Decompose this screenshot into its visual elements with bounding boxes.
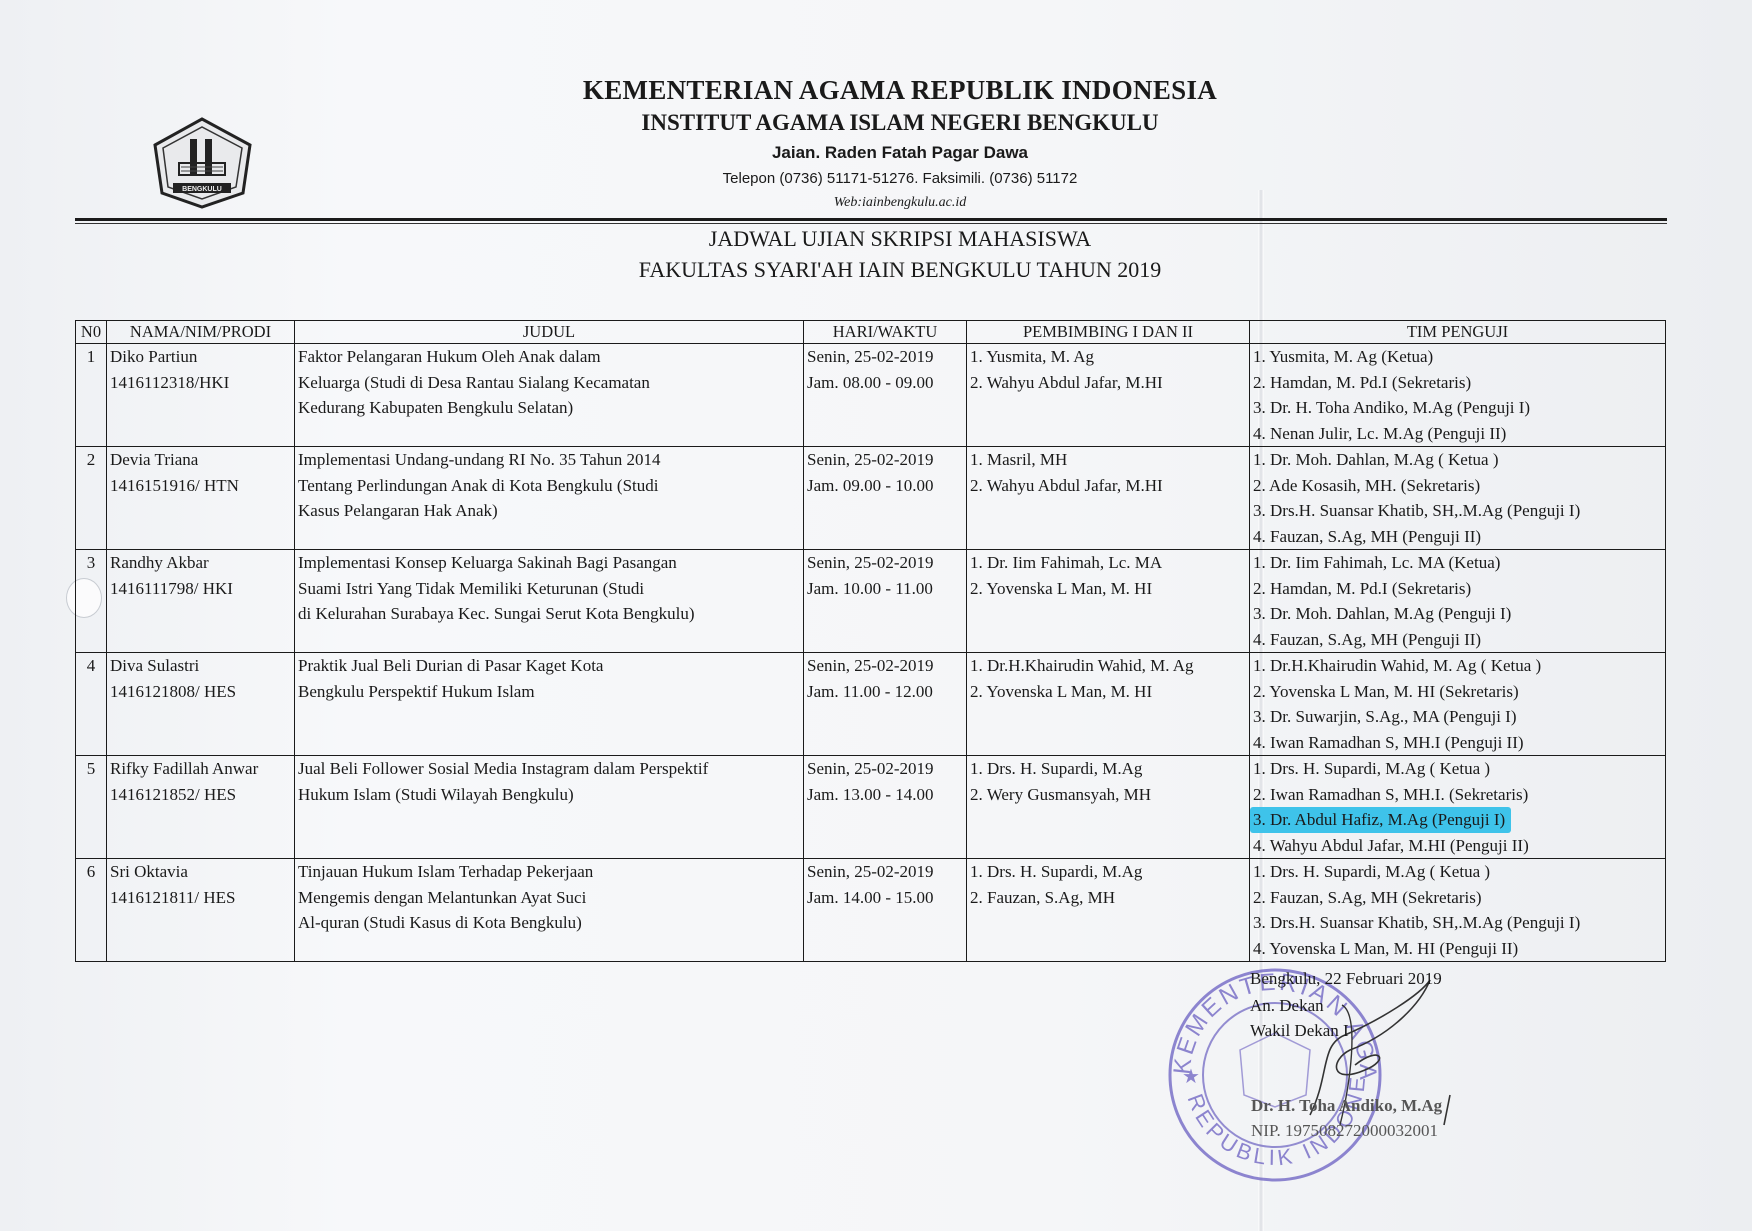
cell-pembimbing: 1. Yusmita, M. Ag2. Wahyu Abdul Jafar, M… xyxy=(967,344,1250,447)
cell-no: 4 xyxy=(76,653,107,756)
cell-penguji: 1. Yusmita, M. Ag (Ketua)2. Hamdan, M. P… xyxy=(1250,344,1666,447)
student-name: Diko Partiun xyxy=(110,344,291,370)
supervisor: 1. Yusmita, M. Ag xyxy=(970,344,1246,370)
header-judul: JUDUL xyxy=(295,321,804,344)
signatory-nip: NIP. 197508272000032001 xyxy=(1251,1118,1438,1143)
signature-on-behalf: An. Dekan xyxy=(1250,993,1324,1018)
examiner: 4. Yovenska L Man, M. HI (Penguji II) xyxy=(1253,936,1662,962)
header-pembimbing: PEMBIMBING I DAN II xyxy=(967,321,1250,344)
examiner: 1. Yusmita, M. Ag (Ketua) xyxy=(1253,344,1662,370)
student-name: Diva Sulastri xyxy=(110,653,291,679)
table-row: 5Rifky Fadillah Anwar1416121852/ HESJual… xyxy=(76,756,1666,859)
examiner: 4. Iwan Ramadhan S, MH.I (Penguji II) xyxy=(1253,730,1662,756)
examiner: 3. Dr. Moh. Dahlan, M.Ag (Penguji I) xyxy=(1253,601,1662,627)
seal-caption: BENGKULU xyxy=(182,186,222,193)
cell-nama: Diva Sulastri1416121808/ HES xyxy=(107,653,295,756)
student-name: Sri Oktavia xyxy=(110,859,291,885)
examiner: 1. Dr.H.Khairudin Wahid, M. Ag ( Ketua ) xyxy=(1253,653,1662,679)
row-number: 2 xyxy=(79,447,103,473)
supervisor: 1. Dr. Iim Fahimah, Lc. MA xyxy=(970,550,1246,576)
institute-name: INSTITUT AGAMA ISLAM NEGERI BENGKULU xyxy=(400,110,1400,136)
cell-penguji: 1. Dr. Moh. Dahlan, M.Ag ( Ketua )2. Ade… xyxy=(1250,447,1666,550)
cell-no: 6 xyxy=(76,859,107,962)
cell-pembimbing: 1. Drs. H. Supardi, M.Ag2. Wery Gusmansy… xyxy=(967,756,1250,859)
exam-date: Senin, 25-02-2019 xyxy=(807,756,963,782)
table-row: 2Devia Triana1416151916/ HTNImplementasi… xyxy=(76,447,1666,550)
thesis-title-line: Faktor Pelangaran Hukum Oleh Anak dalam xyxy=(298,344,800,370)
cell-judul: Faktor Pelangaran Hukum Oleh Anak dalamK… xyxy=(295,344,804,447)
row-number: 4 xyxy=(79,653,103,679)
thesis-title-line: Jual Beli Follower Sosial Media Instagra… xyxy=(298,756,800,782)
cell-waktu: Senin, 25-02-2019Jam. 13.00 - 14.00 xyxy=(804,756,967,859)
letterhead-rule-thick xyxy=(75,218,1667,221)
cell-nama: Devia Triana1416151916/ HTN xyxy=(107,447,295,550)
cell-waktu: Senin, 25-02-2019Jam. 14.00 - 15.00 xyxy=(804,859,967,962)
letterhead-rule-thin xyxy=(75,223,1667,224)
supervisor: 2. Yovenska L Man, M. HI xyxy=(970,679,1246,705)
supervisor: 1. Drs. H. Supardi, M.Ag xyxy=(970,859,1246,885)
examiner: 3. Drs.H. Suansar Khatib, SH,.M.Ag (Peng… xyxy=(1253,910,1662,936)
ministry-name: KEMENTERIAN AGAMA REPUBLIK INDONESIA xyxy=(400,75,1400,106)
examiner: 2. Iwan Ramadhan S, MH.I. (Sekretaris) xyxy=(1253,782,1662,808)
table-row: 3Randhy Akbar1416111798/ HKIImplementasi… xyxy=(76,550,1666,653)
student-name: Devia Triana xyxy=(110,447,291,473)
document-title: JADWAL UJIAN SKRIPSI MAHASISWA xyxy=(400,226,1400,252)
table-row: 6Sri Oktavia1416121811/ HESTinjauan Huku… xyxy=(76,859,1666,962)
supervisor: 2. Fauzan, S.Ag, MH xyxy=(970,885,1246,911)
table-header-row: N0 NAMA/NIM/PRODI JUDUL HARI/WAKTU PEMBI… xyxy=(76,321,1666,344)
thesis-title-line: Implementasi Konsep Keluarga Sakinah Bag… xyxy=(298,550,800,576)
cell-nama: Randhy Akbar1416111798/ HKI xyxy=(107,550,295,653)
document-page: BENGKULU KEMENTERIAN AGAMA REPUBLIK INDO… xyxy=(0,0,1752,1231)
examiner: 4. Fauzan, S.Ag, MH (Penguji II) xyxy=(1253,627,1662,653)
cell-pembimbing: 1. Dr.H.Khairudin Wahid, M. Ag2. Yovensk… xyxy=(967,653,1250,756)
supervisor: 2. Wahyu Abdul Jafar, M.HI xyxy=(970,473,1246,499)
signature-position: Wakil Dekan I xyxy=(1250,1018,1349,1043)
cell-no: 2 xyxy=(76,447,107,550)
exam-schedule-table: N0 NAMA/NIM/PRODI JUDUL HARI/WAKTU PEMBI… xyxy=(75,320,1666,962)
thesis-title-line: Kasus Pelangaran Hak Anak) xyxy=(298,498,800,524)
cell-waktu: Senin, 25-02-2019Jam. 08.00 - 09.00 xyxy=(804,344,967,447)
examiner: 2. Hamdan, M. Pd.I (Sekretaris) xyxy=(1253,576,1662,602)
exam-time: Jam. 10.00 - 11.00 xyxy=(807,576,963,602)
thesis-title-line: Bengkulu Perspektif Hukum Islam xyxy=(298,679,800,705)
exam-time: Jam. 14.00 - 15.00 xyxy=(807,885,963,911)
examiner: 3. Drs.H. Suansar Khatib, SH,.M.Ag (Peng… xyxy=(1253,498,1662,524)
institute-web: Web:iainbengkulu.ac.id xyxy=(400,195,1400,211)
examiner: 1. Dr. Moh. Dahlan, M.Ag ( Ketua ) xyxy=(1253,447,1662,473)
exam-date: Senin, 25-02-2019 xyxy=(807,344,963,370)
exam-time: Jam. 08.00 - 09.00 xyxy=(807,370,963,396)
thesis-title-line: Kedurang Kabupaten Bengkulu Selatan) xyxy=(298,395,800,421)
examiner: 1. Drs. H. Supardi, M.Ag ( Ketua ) xyxy=(1253,756,1662,782)
cell-waktu: Senin, 25-02-2019Jam. 09.00 - 10.00 xyxy=(804,447,967,550)
cell-pembimbing: 1. Dr. Iim Fahimah, Lc. MA2. Yovenska L … xyxy=(967,550,1250,653)
cell-nama: Rifky Fadillah Anwar1416121852/ HES xyxy=(107,756,295,859)
cell-nama: Diko Partiun1416112318/HKI xyxy=(107,344,295,447)
thesis-title-line: Suami Istri Yang Tidak Memiliki Keturuna… xyxy=(298,576,800,602)
thesis-title-line: Praktik Jual Beli Durian di Pasar Kaget … xyxy=(298,653,800,679)
student-nim-prodi: 1416121811/ HES xyxy=(110,885,291,911)
examiner: 2. Yovenska L Man, M. HI (Sekretaris) xyxy=(1253,679,1662,705)
student-nim-prodi: 1416121808/ HES xyxy=(110,679,291,705)
examiner: 4. Nenan Julir, Lc. M.Ag (Penguji II) xyxy=(1253,421,1662,447)
student-name: Rifky Fadillah Anwar xyxy=(110,756,291,782)
table-row: 1Diko Partiun1416112318/HKIFaktor Pelang… xyxy=(76,344,1666,447)
thesis-title-line: Mengemis dengan Melantunkan Ayat Suci xyxy=(298,885,800,911)
thesis-title-line: Al-quran (Studi Kasus di Kota Bengkulu) xyxy=(298,910,800,936)
header-penguji: TIM PENGUJI xyxy=(1250,321,1666,344)
thesis-title-line: Keluarga (Studi di Desa Rantau Sialang K… xyxy=(298,370,800,396)
supervisor: 2. Wahyu Abdul Jafar, M.HI xyxy=(970,370,1246,396)
examiner-highlighted: 3. Dr. Abdul Hafiz, M.Ag (Penguji I) xyxy=(1250,807,1511,833)
cell-judul: Praktik Jual Beli Durian di Pasar Kaget … xyxy=(295,653,804,756)
cell-judul: Implementasi Konsep Keluarga Sakinah Bag… xyxy=(295,550,804,653)
row-number: 6 xyxy=(79,859,103,885)
exam-time: Jam. 13.00 - 14.00 xyxy=(807,782,963,808)
institute-phone: Telepon (0736) 51171-51276. Faksimili. (… xyxy=(400,170,1400,187)
signature-place-date: Bengkulu, 22 Februari 2019 xyxy=(1250,966,1442,991)
cell-judul: Implementasi Undang-undang RI No. 35 Tah… xyxy=(295,447,804,550)
exam-date: Senin, 25-02-2019 xyxy=(807,859,963,885)
institute-seal-icon: BENGKULU xyxy=(145,115,260,210)
cell-judul: Jual Beli Follower Sosial Media Instagra… xyxy=(295,756,804,859)
examiner: 4. Wahyu Abdul Jafar, M.HI (Penguji II) xyxy=(1253,833,1662,859)
examiner: 3. Dr. Suwarjin, S.Ag., MA (Penguji I) xyxy=(1253,704,1662,730)
student-nim-prodi: 1416121852/ HES xyxy=(110,782,291,808)
header-nama: NAMA/NIM/PRODI xyxy=(107,321,295,344)
examiner: 3. Dr. H. Toha Andiko, M.Ag (Penguji I) xyxy=(1253,395,1662,421)
cell-penguji: 1. Drs. H. Supardi, M.Ag ( Ketua )2. Fau… xyxy=(1250,859,1666,962)
cell-no: 1 xyxy=(76,344,107,447)
thesis-title-line: Hukum Islam (Studi Wilayah Bengkulu) xyxy=(298,782,800,808)
supervisor: 2. Yovenska L Man, M. HI xyxy=(970,576,1246,602)
row-number: 1 xyxy=(79,344,103,370)
cell-penguji: 1. Drs. H. Supardi, M.Ag ( Ketua )2. Iwa… xyxy=(1250,756,1666,859)
examiner: 1. Drs. H. Supardi, M.Ag ( Ketua ) xyxy=(1253,859,1662,885)
thesis-title-line: Implementasi Undang-undang RI No. 35 Tah… xyxy=(298,447,800,473)
student-nim-prodi: 1416151916/ HTN xyxy=(110,473,291,499)
institute-address: Jaian. Raden Fatah Pagar Dawa xyxy=(400,143,1400,163)
table-row: 4Diva Sulastri1416121808/ HESPraktik Jua… xyxy=(76,653,1666,756)
exam-date: Senin, 25-02-2019 xyxy=(807,447,963,473)
cell-pembimbing: 1. Drs. H. Supardi, M.Ag2. Fauzan, S.Ag,… xyxy=(967,859,1250,962)
thesis-title-line: di Kelurahan Surabaya Kec. Sungai Serut … xyxy=(298,601,800,627)
cell-no: 3 xyxy=(76,550,107,653)
examiner: 1. Dr. Iim Fahimah, Lc. MA (Ketua) xyxy=(1253,550,1662,576)
cell-waktu: Senin, 25-02-2019Jam. 10.00 - 11.00 xyxy=(804,550,967,653)
svg-text:★: ★ xyxy=(1182,1066,1200,1088)
student-nim-prodi: 1416112318/HKI xyxy=(110,370,291,396)
cell-pembimbing: 1. Masril, MH2. Wahyu Abdul Jafar, M.HI xyxy=(967,447,1250,550)
cell-waktu: Senin, 25-02-2019Jam. 11.00 - 12.00 xyxy=(804,653,967,756)
signatory-name: Dr. H. Toha Andiko, M.Ag xyxy=(1251,1093,1442,1118)
cell-judul: Tinjauan Hukum Islam Terhadap Pekerjaan … xyxy=(295,859,804,962)
supervisor: 1. Dr.H.Khairudin Wahid, M. Ag xyxy=(970,653,1246,679)
supervisor: 1. Masril, MH xyxy=(970,447,1246,473)
exam-time: Jam. 11.00 - 12.00 xyxy=(807,679,963,705)
row-number: 3 xyxy=(79,550,103,576)
student-name: Randhy Akbar xyxy=(110,550,291,576)
row-number: 5 xyxy=(79,756,103,782)
header-no: N0 xyxy=(76,321,107,344)
exam-date: Senin, 25-02-2019 xyxy=(807,550,963,576)
header-waktu: HARI/WAKTU xyxy=(804,321,967,344)
cell-no: 5 xyxy=(76,756,107,859)
examiner: 2. Hamdan, M. Pd.I (Sekretaris) xyxy=(1253,370,1662,396)
student-nim-prodi: 1416111798/ HKI xyxy=(110,576,291,602)
thesis-title-line: Tinjauan Hukum Islam Terhadap Pekerjaan xyxy=(298,859,800,885)
supervisor: 1. Drs. H. Supardi, M.Ag xyxy=(970,756,1246,782)
supervisor: 2. Wery Gusmansyah, MH xyxy=(970,782,1246,808)
examiner: 4. Fauzan, S.Ag, MH (Penguji II) xyxy=(1253,524,1662,550)
examiner: 2. Ade Kosasih, MH. (Sekretaris) xyxy=(1253,473,1662,499)
cell-nama: Sri Oktavia1416121811/ HES xyxy=(107,859,295,962)
exam-time: Jam. 09.00 - 10.00 xyxy=(807,473,963,499)
thesis-title-line: Tentang Perlindungan Anak di Kota Bengku… xyxy=(298,473,800,499)
cell-penguji: 1. Dr.H.Khairudin Wahid, M. Ag ( Ketua )… xyxy=(1250,653,1666,756)
examiner: 2. Fauzan, S.Ag, MH (Sekretaris) xyxy=(1253,885,1662,911)
exam-date: Senin, 25-02-2019 xyxy=(807,653,963,679)
document-subtitle: FAKULTAS SYARI'AH IAIN BENGKULU TAHUN 20… xyxy=(400,257,1400,283)
cell-penguji: 1. Dr. Iim Fahimah, Lc. MA (Ketua)2. Ham… xyxy=(1250,550,1666,653)
